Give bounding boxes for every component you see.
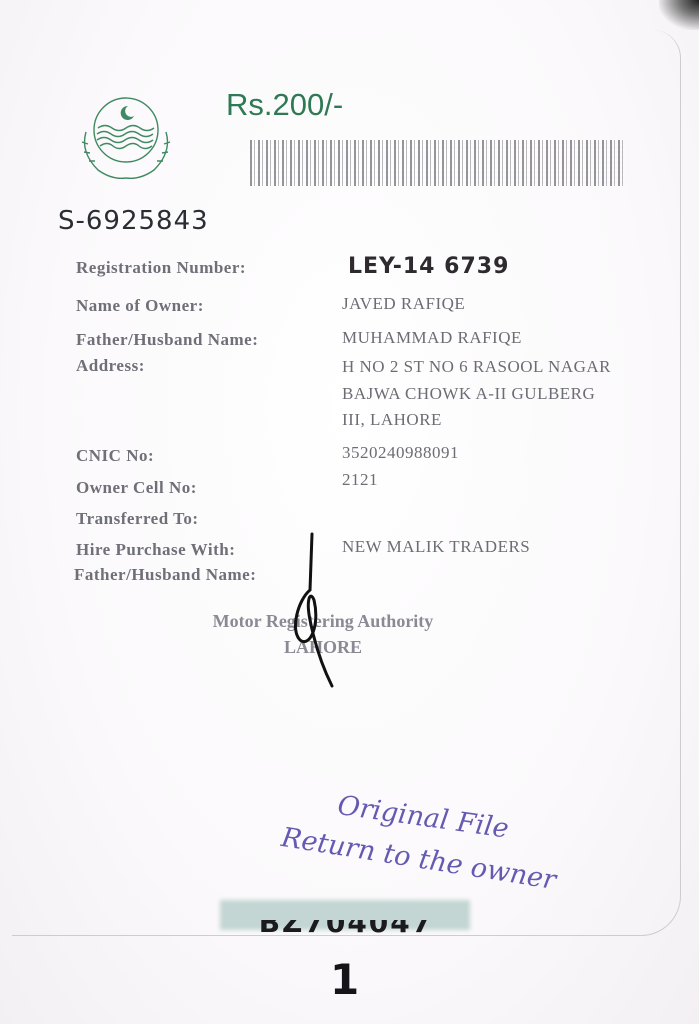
bottom-page-digit: 1	[330, 955, 359, 1004]
address-line-2: BAJWA CHOWK A-II GULBERG	[342, 384, 595, 404]
owner-cell-value: 2121	[342, 470, 378, 490]
punjab-emblem-icon	[74, 92, 178, 184]
label-owner-cell: Owner Cell No:	[76, 478, 197, 498]
cnic-value: 3520240988091	[342, 443, 459, 463]
serial-number: S-6925843	[58, 206, 209, 236]
registration-document: Rs.200/- S-6925843 Registration Number: …	[0, 0, 699, 1024]
label-cnic: CNIC No:	[76, 446, 154, 466]
hire-purchase-value: NEW MALIK TRADERS	[342, 537, 530, 557]
label-father-husband-name-2: Father/Husband Name:	[74, 565, 256, 585]
label-owner-name: Name of Owner:	[76, 296, 204, 316]
barcode	[250, 140, 625, 186]
label-address: Address:	[76, 356, 145, 376]
address-line-3: III, LAHORE	[342, 410, 442, 430]
return-stamp: Original File Return to the owner	[280, 790, 600, 900]
registration-number-value: LEY-14 6739	[348, 254, 509, 279]
label-registration-number: Registration Number:	[76, 258, 246, 278]
signature-mark	[280, 530, 350, 690]
label-hire-purchase: Hire Purchase With:	[76, 540, 235, 560]
address-line-1: H NO 2 ST NO 6 RASOOL NAGAR	[342, 357, 611, 377]
father-husband-name-value: MUHAMMAD RAFIQE	[342, 328, 522, 348]
page-corner-shadow	[659, 0, 699, 30]
bottom-serial-number: BZ704047	[236, 920, 456, 940]
owner-name-value: JAVED RAFIQE	[342, 294, 465, 314]
stamp-value: Rs.200/-	[226, 87, 343, 123]
stamp-line-2: Return to the owner	[279, 822, 558, 896]
label-father-husband-name: Father/Husband Name:	[76, 330, 258, 350]
label-transferred-to: Transferred To:	[76, 509, 199, 529]
